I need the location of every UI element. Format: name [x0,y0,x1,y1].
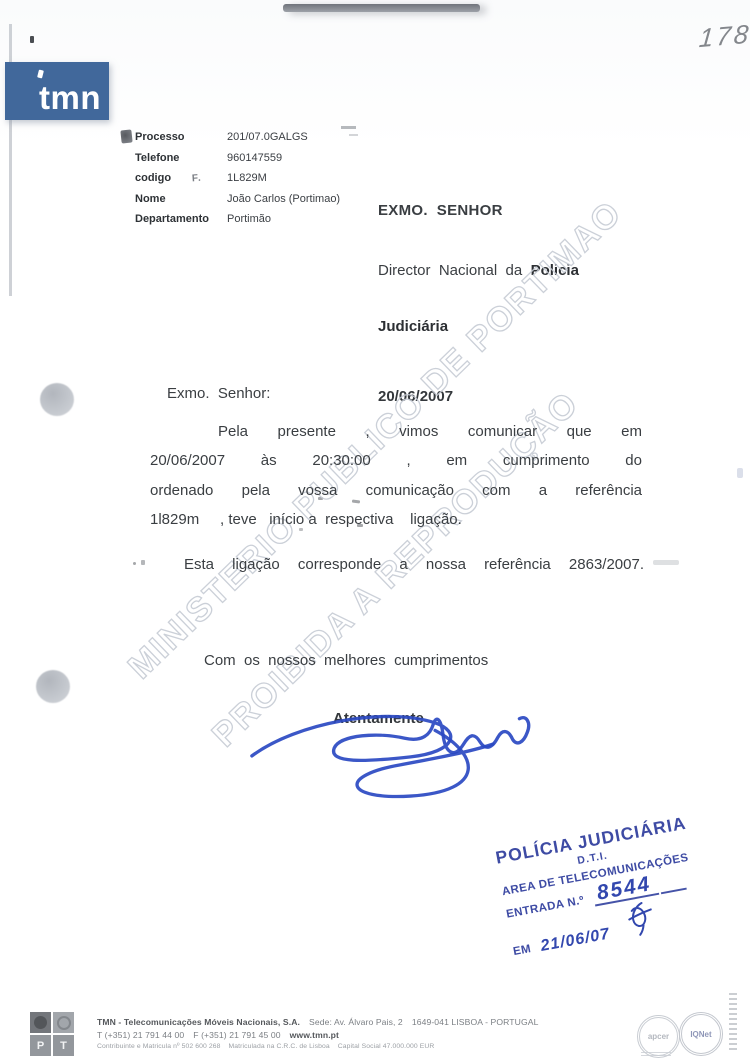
hole-punch-bottom [36,670,70,703]
hole-punch-top [40,383,74,416]
iqnet-label: IQNet [690,1030,711,1039]
form-label: Processo [135,132,227,143]
vertical-print-code [729,993,737,1051]
scan-blob [120,129,132,143]
em-handwritten-date: 21/06/07 [536,925,618,955]
entry-stamp: POLÍCIA JUDICIÁRIA D.T.I. AREA DE TELECO… [494,804,750,960]
addressee-text-bold: Judiciária [378,318,448,335]
scan-speck [30,36,34,43]
body-line: 1l829m , teve início a respectiva ligaçã… [150,505,642,534]
addressee-line: EXMO. SENHOR [378,202,579,219]
pt-logo-square [30,1012,51,1033]
body-paragraph: Pela presente , vimos comunicar que em 2… [150,414,642,535]
footer-postal: 1649-041 LISBOA - PORTUGAL [412,1017,539,1027]
footer-address: Sede: Av. Álvaro Pais, 2 [309,1017,403,1027]
footer-company-line: TMN - Telecomunicações Móveis Nacionais,… [97,1017,538,1027]
apcer-label: apcer [648,1032,669,1041]
scan-noise [653,560,679,565]
signature-stroke [357,730,493,796]
em-label: EM [512,943,532,960]
ring-icon [57,1016,71,1030]
footer-fax: F (+351) 21 791 45 00 [193,1030,280,1040]
stamp-initials [625,898,657,938]
scan-noise [133,562,136,565]
form-value: João Carlos (Portimao) [227,194,340,205]
circle-icon [34,1016,47,1029]
scan-smudge [349,134,358,136]
form-row-processo: Processo 201/07.0GALGS [135,132,340,143]
initials-stroke [627,902,655,937]
scan-noise [141,560,145,565]
form-value: 1L829M [227,173,267,184]
pt-logo: P T [30,1012,76,1056]
pt-logo-square [53,1012,74,1033]
footer-legal-line: Contribuinte e Matricula nº 502 600 268 … [97,1043,538,1050]
stamp-ghost-mark: F. [192,173,203,185]
body-line: ordenado pela vossa comunicação com a re… [150,476,642,505]
certification-fine-print [641,1052,671,1056]
pt-logo-letter-t: T [53,1035,74,1056]
signature-stroke [252,716,529,760]
salutation: Exmo. Senhor: [167,385,270,402]
form-value: 960147559 [227,153,282,164]
body-line: 20/06/2007 às 20:30:00 , em cumprimento … [150,446,642,475]
form-label: Nome [135,194,227,205]
footer-company-name: TMN - Telecomunicações Móveis Nacionais,… [97,1017,300,1027]
body-line: Pela presente , vimos comunicar que em [150,417,642,446]
closing-line: Com os nossos melhores cumprimentos [204,652,488,669]
reference-line: Esta ligação corresponde a nossa referên… [150,556,644,573]
form-label: Telefone [135,153,227,164]
scan-smudge [341,126,356,129]
scanned-letter-page: 1787 tmn Processo 201/07.0GALGS Telefone… [0,0,750,1058]
form-row-codigo: codigo 1L829M [135,173,340,184]
tmn-logo-text: tmn [39,81,101,114]
scan-artifact-bar [283,4,480,12]
form-value: Portimão [227,214,271,225]
form-value: 201/07.0GALGS [227,132,308,143]
tmn-logo: tmn [5,62,109,120]
signature [246,692,540,810]
footer-contact-line: T (+351) 21 791 44 00F (+351) 21 791 45 … [97,1030,538,1040]
footer-phone: T (+351) 21 791 44 00 [97,1030,184,1040]
footer-text-block: TMN - Telecomunicações Móveis Nacionais,… [97,1017,538,1050]
form-row-nome: Nome João Carlos (Portimao) [135,194,340,205]
footer-website: www.tmn.pt [290,1030,339,1040]
form-label: codigo [135,173,227,184]
form-row-telefone: Telefone 960147559 [135,153,340,164]
addressee-text: Director Nacional da [378,262,531,279]
iqnet-certification-logo: IQNet [679,1012,723,1056]
scan-noise [737,468,743,478]
form-row-departamento: Departamento Portimão [135,214,340,225]
pt-logo-letter-p: P [30,1035,51,1056]
form-label: Departamento [135,214,227,225]
handwritten-page-number: 1787 [698,17,750,54]
logo-accent-dot [37,70,44,79]
reference-form: Processo 201/07.0GALGS Telefone 96014755… [135,132,340,235]
